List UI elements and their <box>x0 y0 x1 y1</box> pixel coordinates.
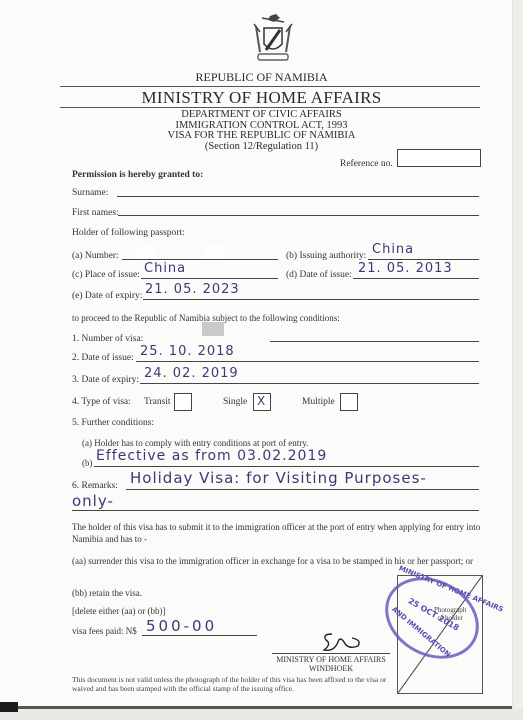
remarks-value-line2: only- <box>72 492 114 510</box>
reference-field[interactable] <box>397 149 481 167</box>
visa-date-of-issue-label: 2. Date of issue: <box>72 353 134 363</box>
visa-type-transit-label: Transit <box>144 397 171 407</box>
date-of-expiry-label: (e) Date of expiry: <box>72 291 142 301</box>
further-condition-a: (a) Holder has to comply with entry cond… <box>82 438 308 448</box>
issuing-authority-field[interactable] <box>368 259 479 260</box>
visa-type-single-checkbox[interactable]: X <box>253 393 271 411</box>
authority-city: WINDHOEK <box>268 664 394 673</box>
remarks-field-line1[interactable] <box>126 489 479 490</box>
surname-label: Surname: <box>72 188 108 198</box>
remarks-field-line2[interactable] <box>72 510 479 511</box>
instruction-aa: (aa) surrender this visa to the immigrat… <box>72 555 482 567</box>
place-of-issue-label: (c) Place of issue: <box>72 270 140 280</box>
signature-line <box>272 653 390 654</box>
date-of-issue-field[interactable] <box>353 278 479 279</box>
visa-type-transit-checkbox[interactable] <box>174 393 192 411</box>
permission-heading: Permission is hereby granted to: <box>72 170 203 180</box>
further-condition-b-label: (b) <box>82 458 93 468</box>
instructions-paragraph: The holder of this visa has to submit it… <box>72 521 482 545</box>
passport-number-label: (a) Number: <box>72 251 119 261</box>
passport-heading: Holder of following passport: <box>72 228 185 238</box>
visa-type-single-label: Single <box>223 397 247 407</box>
instruction-bb: (bb) retain the visa. <box>72 587 142 599</box>
validity-note: This document is not valid unless the ph… <box>72 675 392 693</box>
visa-fees-field[interactable] <box>142 635 257 636</box>
redacted-block <box>137 244 157 259</box>
visa-date-of-issue-value: 25. 10. 2018 <box>140 344 235 359</box>
date-of-issue-label: (d) Date of issue: <box>286 270 352 280</box>
issuing-authority-label: (b) Issuing authority: <box>286 251 366 261</box>
first-names-label: First names: <box>72 208 119 218</box>
number-of-visa-label: 1. Number of visa: <box>72 334 143 344</box>
visa-type-label: 4. Type of visa: <box>72 397 131 407</box>
number-of-visa-field[interactable] <box>270 341 479 342</box>
scan-edge <box>512 0 523 720</box>
place-of-issue-field[interactable] <box>141 278 278 279</box>
header-rule-top <box>60 86 480 87</box>
republic-heading: REPUBLIC OF NAMIBIA <box>0 70 523 85</box>
date-of-expiry-field[interactable] <box>143 299 479 300</box>
visa-date-of-expiry-value: 24. 02. 2019 <box>144 366 239 381</box>
date-of-expiry-value: 21. 05. 2023 <box>145 282 240 297</box>
visa-title-line: VISA FOR THE REPUBLIC OF NAMIBIA <box>0 131 523 142</box>
delete-note: [delete either (aa) or (bb)] <box>72 605 165 617</box>
authority-name: MINISTRY OF HOME AFFAIRS <box>268 655 394 664</box>
surname-field[interactable] <box>117 196 479 197</box>
reference-label: Reference no. <box>340 159 393 169</box>
visa-fees-value: 500-00 <box>146 617 217 635</box>
remarks-value-line1: Holiday Visa: for Visiting Purposes- <box>130 469 427 487</box>
redacted-block <box>203 244 225 259</box>
passport-number-field[interactable] <box>122 259 278 260</box>
visa-date-of-issue-field[interactable] <box>136 361 479 362</box>
remarks-label: 6. Remarks: <box>72 481 118 491</box>
header-rule-bottom <box>60 107 480 108</box>
check-mark-icon: X <box>257 394 265 408</box>
first-names-field[interactable] <box>118 215 479 216</box>
ministry-heading: MINISTRY OF HOME AFFAIRS <box>0 88 523 108</box>
visa-type-multiple-label: Multiple <box>302 397 335 407</box>
coat-of-arms-icon <box>250 12 296 64</box>
redacted-block <box>202 322 224 336</box>
further-condition-b-value: Effective as from 03.02.2019 <box>96 448 327 464</box>
further-conditions-label: 5. Further conditions: <box>72 418 154 428</box>
issuing-authority-value: China <box>372 242 414 257</box>
visa-type-multiple-checkbox[interactable] <box>340 393 358 411</box>
date-of-issue-value: 21. 05. 2013 <box>358 261 453 276</box>
scan-corner <box>0 702 18 712</box>
department-line: DEPARTMENT OF CIVIC AFFAIRS <box>0 110 523 121</box>
visa-date-of-expiry-label: 3. Date of expiry: <box>72 375 139 385</box>
visa-fees-label: visa fees paid: N$ <box>72 625 137 637</box>
scan-shadow <box>0 709 523 720</box>
page-bottom-edge <box>0 706 512 709</box>
further-condition-b-field[interactable] <box>94 466 479 467</box>
signature-authority: MINISTRY OF HOME AFFAIRS WINDHOEK <box>268 655 394 673</box>
place-of-issue-value: China <box>144 261 186 276</box>
visa-date-of-expiry-field[interactable] <box>140 383 479 384</box>
department-heading: DEPARTMENT OF CIVIC AFFAIRS IMMIGRATION … <box>0 110 523 152</box>
